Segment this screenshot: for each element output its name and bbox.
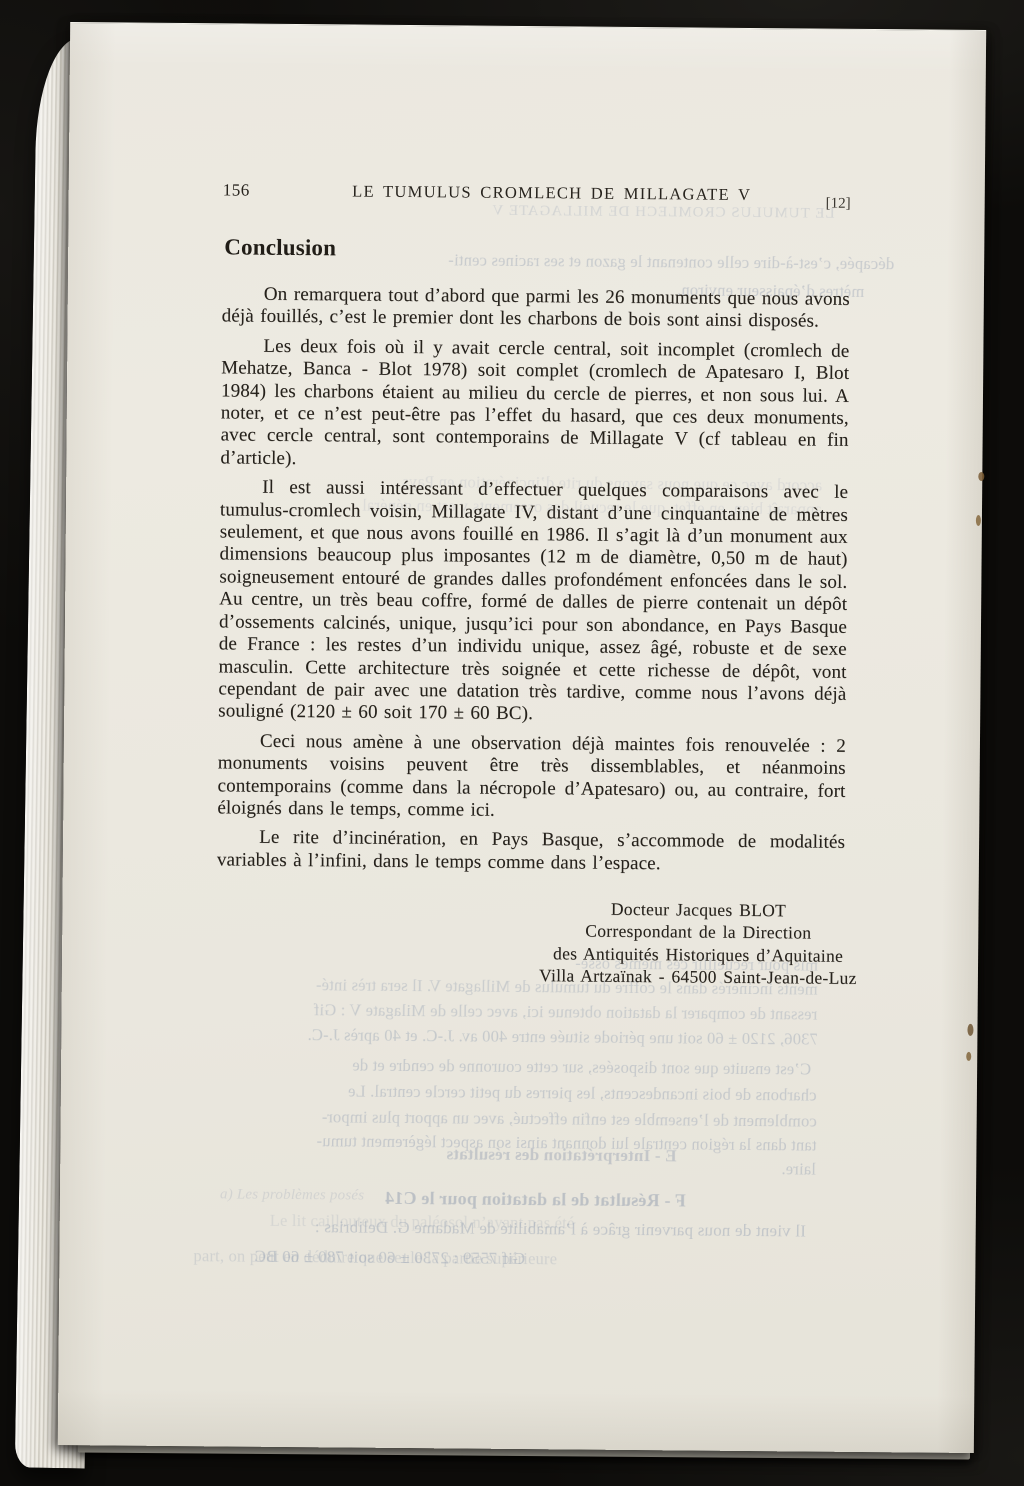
- bleedthrough-line: laire.: [782, 1159, 817, 1179]
- foxing-speck: [967, 1024, 973, 1036]
- bleedthrough-line: charbons de bois incandescents, les pier…: [348, 1081, 817, 1105]
- offset-ghost-line: part, on peut en déduire que seule la pa…: [193, 1246, 557, 1269]
- paragraph: Il est aussi intéressant d’effectuer que…: [218, 477, 848, 729]
- section-heading: Conclusion: [224, 234, 850, 265]
- bleedthrough-line: comblement de l’ensemble est enfin effec…: [321, 1107, 816, 1131]
- foxing-speck: [976, 515, 981, 526]
- offset-ghost-line: Le lit caillouteux du paléosol n’ayant p…: [270, 1211, 575, 1234]
- running-title: LE TUMULUS CROMLECH DE MILLAGATE V: [250, 181, 826, 206]
- paragraph: Les deux fois où il y avait cercle centr…: [220, 335, 849, 475]
- bleedthrough-line: 7306, 2120 ± 60 soit une période située …: [307, 1025, 818, 1049]
- text-column: Conclusion On remarquera tout d’abord qu…: [217, 234, 851, 877]
- foxing-speck: [966, 1052, 971, 1061]
- bleedthrough-heading: E - Interprétation des résultats: [446, 1144, 676, 1166]
- running-head: 156 LE TUMULUS CROMLECH DE MILLAGATE V […: [223, 180, 851, 205]
- foxing-speck: [978, 472, 984, 481]
- bleedthrough-line: C’est ensuite que sont disposées, sur ce…: [352, 1056, 811, 1080]
- paragraph: Ceci nous amène à une observation déjà m…: [217, 730, 846, 825]
- signature-block: Docteur Jacques BLOT Correspondant de la…: [402, 896, 995, 990]
- page-number: 156: [223, 180, 250, 200]
- bleedthrough-line: ressant de comparer la datation obtenue …: [314, 1000, 818, 1024]
- paragraph: On remarquera tout d’abord que parmi les…: [222, 283, 850, 333]
- paragraph: Le rite d’incinération, en Pays Basque, …: [217, 827, 845, 877]
- bleedthrough-heading: F - Résultat de la datation pour le C14: [385, 1188, 686, 1212]
- leaf-number: [12]: [826, 196, 851, 213]
- book-page: LE TUMULUS CROMLECH DE MILLAGATE V décap…: [58, 22, 986, 1453]
- photo-background: LE TUMULUS CROMLECH DE MILLAGATE V décap…: [0, 0, 1024, 1486]
- offset-ghost-line: a) Les problèmes posés: [220, 1186, 364, 1204]
- bleedthrough-line: LE TUMULUS CROMLECH DE MILLAGATE V: [491, 203, 834, 223]
